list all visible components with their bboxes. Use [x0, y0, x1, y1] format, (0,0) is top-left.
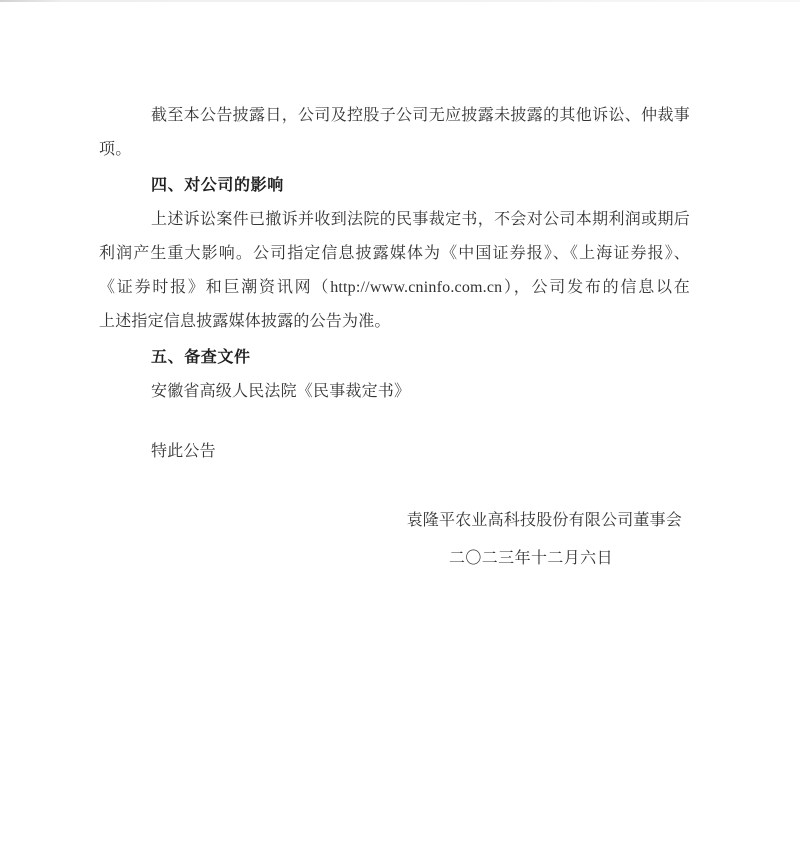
para-other-litigation: 截至本公告披露日，公司及控股子公司无应披露未披露的其他诉讼、仲裁事项。: [99, 99, 690, 167]
signature-company-line-1: 袁隆平农业高科技股份有限公司董事会: [99, 504, 690, 538]
heading-section-5-line-1: 五、备查文件: [99, 341, 690, 375]
heading-section-5: 五、备查文件: [99, 341, 690, 375]
heading-section-4-line-1: 四、对公司的影响: [99, 169, 690, 203]
para-impact-line-1: 上述诉讼案件已撤诉并收到法院的民事裁定书，不会对公司本期利润或期后: [99, 203, 690, 237]
signature-company: 袁隆平农业高科技股份有限公司董事会: [99, 504, 690, 538]
para-announcement-close-line-1: 特此公告: [99, 435, 690, 469]
para-reference-doc-line-1: 安徽省高级人民法院《民事裁定书》: [99, 375, 690, 409]
para-other-litigation-line-2: 项。: [99, 133, 690, 167]
para-other-litigation-line-1: 截至本公告披露日，公司及控股子公司无应披露未披露的其他诉讼、仲裁事: [99, 99, 690, 133]
scan-top-edge-artifact: [0, 0, 800, 2]
para-impact-line-2: 利润产生重大影响。公司指定信息披露媒体为《中国证券报》、《上海证券报》、: [99, 237, 690, 271]
para-impact-line-3: 《证券时报》和巨潮资讯网（http://www.cninfo.com.cn），公…: [99, 271, 690, 305]
document-body: 截至本公告披露日，公司及控股子公司无应披露未披露的其他诉讼、仲裁事项。四、对公司…: [99, 99, 690, 576]
signature-date-line-1: 二〇二三年十二月六日: [99, 542, 690, 576]
para-announcement-close: 特此公告: [99, 435, 690, 469]
document-page: 截至本公告披露日，公司及控股子公司无应披露未披露的其他诉讼、仲裁事项。四、对公司…: [0, 0, 800, 842]
heading-section-4: 四、对公司的影响: [99, 169, 690, 203]
signature-date: 二〇二三年十二月六日: [99, 542, 690, 576]
para-reference-doc: 安徽省高级人民法院《民事裁定书》: [99, 375, 690, 409]
para-impact-line-4: 上述指定信息披露媒体披露的公告为准。: [99, 305, 690, 339]
para-impact: 上述诉讼案件已撤诉并收到法院的民事裁定书，不会对公司本期利润或期后利润产生重大影…: [99, 203, 690, 339]
